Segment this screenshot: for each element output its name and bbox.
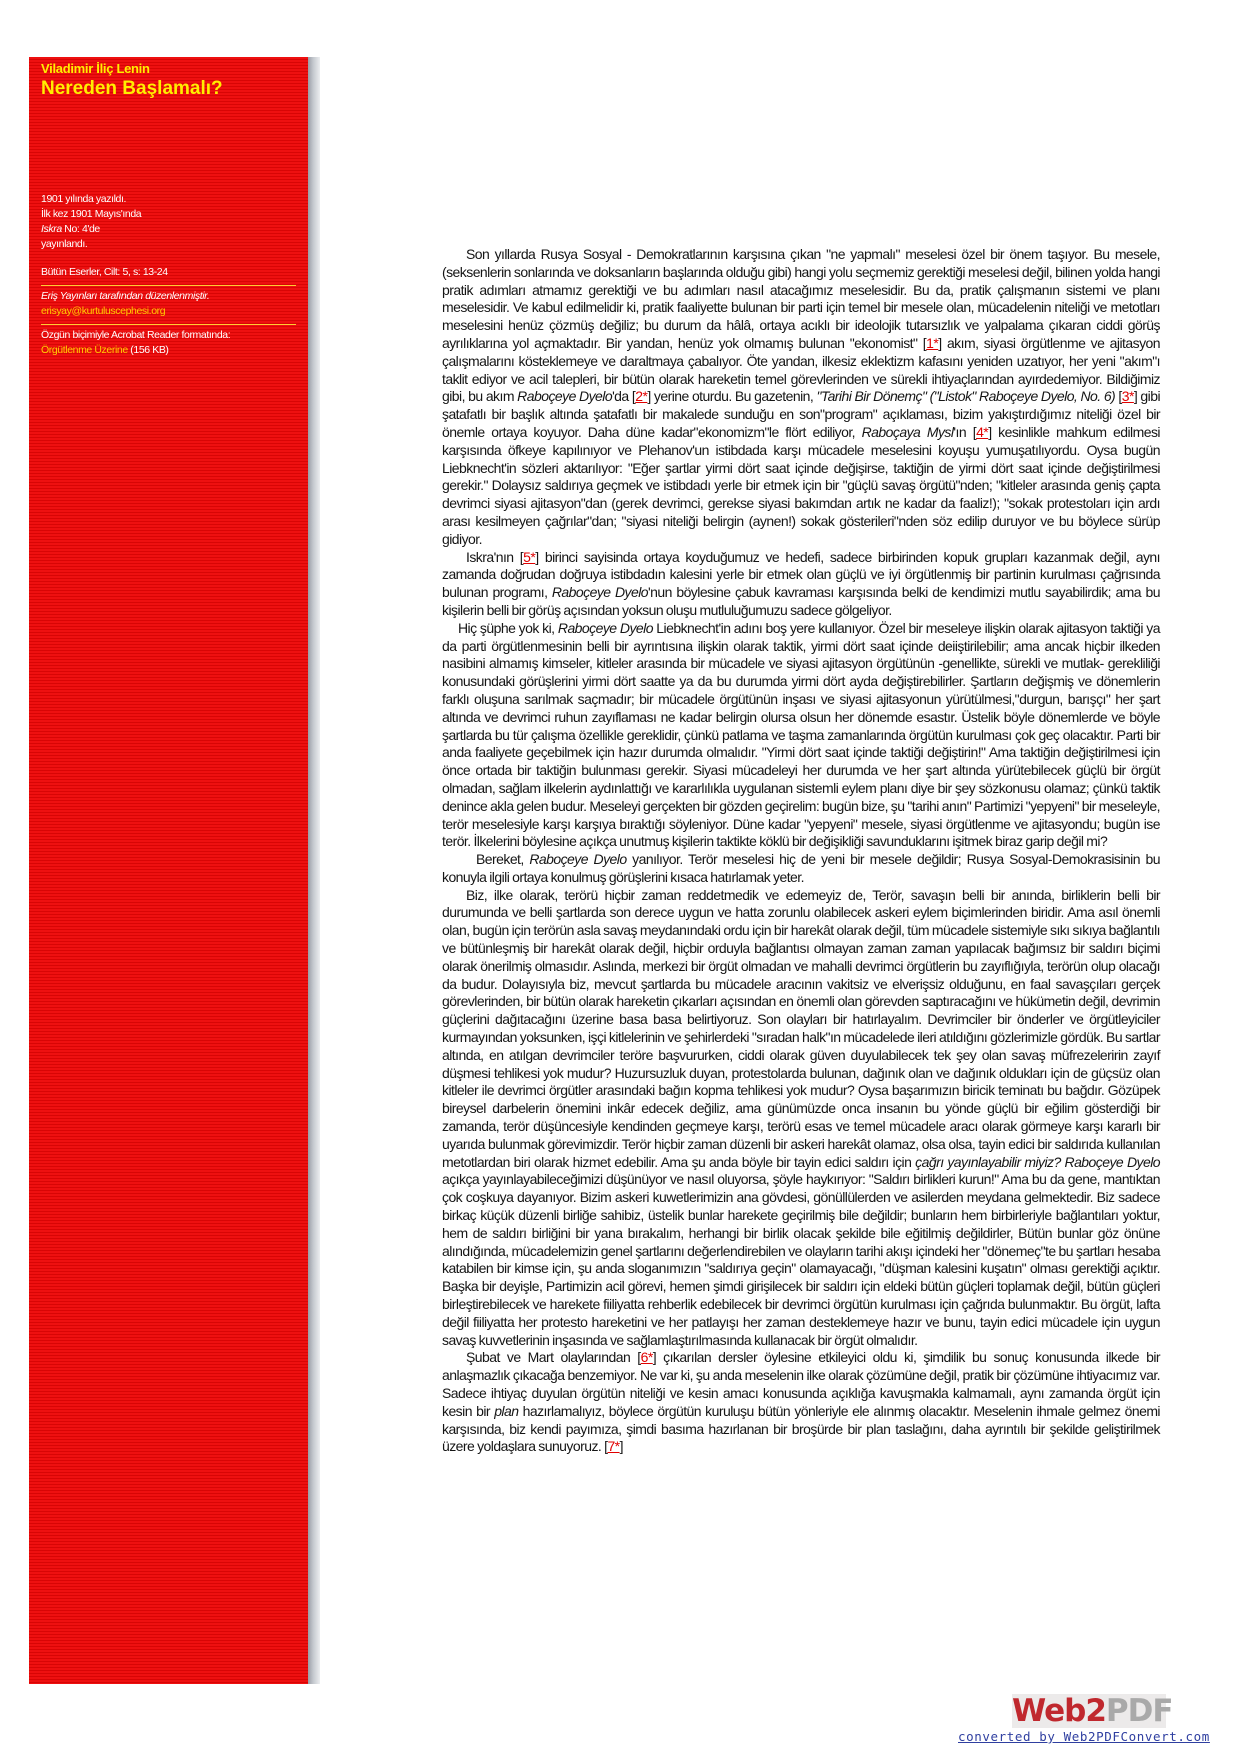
pdf-file-size: (156 KB): [128, 344, 169, 356]
publication-info: 1901 yılında yazıldı. İlk kez 1901 Mayıs…: [41, 192, 296, 252]
iskra-number: No: 4'de: [62, 223, 100, 235]
text-run: Bereket,: [476, 851, 529, 867]
footnote-link[interactable]: 3*: [1122, 388, 1134, 404]
document-title: Nereden Başlamalı?: [41, 78, 296, 100]
article-paragraph: Son yıllarda Rusya Sosyal - Demokratları…: [442, 246, 1160, 549]
text-run: açıkça yayınlayabileceğimizi düşünüyor v…: [442, 1171, 1160, 1347]
divider: [41, 324, 296, 325]
web2pdf-convert-link[interactable]: converted by Web2PDFConvert.com: [958, 1729, 1210, 1744]
article-body: Son yıllarda Rusya Sosyal - Demokratları…: [442, 246, 1160, 1456]
text-run: Iskra'nın: [466, 549, 520, 565]
article-paragraph: Şubat ve Mart olaylarından [6*] çıkarıla…: [442, 1349, 1160, 1456]
sidebar-shadow: [308, 57, 320, 1684]
editor-email-link[interactable]: erisyay@kurtuluscephesi.org: [41, 304, 296, 322]
text-run: Hiç şüphe yok ki,: [458, 620, 558, 636]
text-run: 'da: [612, 388, 632, 404]
italic-title: Raboçaya Mysl: [862, 424, 954, 440]
italic-title: plan: [494, 1403, 518, 1419]
footnote-link[interactable]: 4*: [976, 424, 988, 440]
footnote-link[interactable]: 6*: [641, 1349, 653, 1365]
author-name: Viladimir İliç Lenin: [41, 61, 296, 77]
pdf-download-info: Özgün biçimiyle Acrobat Reader formatınd…: [41, 328, 296, 358]
article-paragraph: Bereket, Raboçeye Dyelo yanılıyor. Terör…: [442, 851, 1160, 887]
web2pdf-logo[interactable]: Web2PDF: [1012, 1694, 1166, 1728]
iskra-name: Iskra: [41, 223, 62, 235]
logo-2: 2: [1085, 1693, 1106, 1729]
italic-title: Raboçeye Dyelo: [517, 388, 612, 404]
logo-pdf: PDF: [1106, 1693, 1173, 1729]
footnote-link[interactable]: 5*: [523, 549, 535, 565]
italic-title: "Tarihi Bir Dönemç" ("Listok" Raboçeye D…: [816, 388, 1115, 404]
logo-web: Web: [1012, 1693, 1085, 1729]
divider: [41, 285, 296, 286]
article-paragraph: Iskra'nın [5*] birinci sayisinda ortaya …: [442, 549, 1160, 620]
first-published: İlk kez 1901 Mayıs'ında: [41, 207, 296, 222]
footnote-link[interactable]: 1*: [926, 335, 938, 351]
published-label: yayınlandı.: [41, 237, 296, 252]
text-run: 'ın: [953, 424, 972, 440]
footnote-link[interactable]: 7*: [607, 1438, 619, 1454]
text-run: yerine oturdu. Bu gazetenin,: [651, 388, 817, 404]
article-paragraph: Biz, ilke olarak, terörü hiçbir zaman re…: [442, 887, 1160, 1350]
italic-title: Raboçeye Dyelo: [529, 851, 626, 867]
footnote-link[interactable]: 2*: [635, 388, 647, 404]
text-run: Şubat ve Mart olaylarından: [466, 1349, 637, 1365]
written-year: 1901 yılında yazıldı.: [41, 192, 296, 207]
italic-title: Raboçeye Dyelo: [552, 584, 648, 600]
editor-credit: Eriş Yayınları tarafından düzenlenmiştir…: [41, 289, 296, 304]
collected-works-ref: Bütün Eserler, Cilt: 5, s: 13-24: [41, 265, 296, 283]
text-run: kesinlikle mahkum edilmesi karşısında öf…: [442, 424, 1160, 547]
article-paragraph: Hiç şüphe yok ki, Raboçeye Dyelo Liebkne…: [442, 620, 1160, 851]
iskra-issue: Iskra No: 4'de: [41, 222, 296, 237]
italic-title: Raboçeye Dyelo: [558, 620, 653, 636]
pdf-intro: Özgün biçimiyle Acrobat Reader formatınd…: [41, 328, 296, 343]
italic-title: çağrı yayınlayabilir miyiz? Raboçeye Dye…: [915, 1154, 1160, 1170]
pdf-download-link[interactable]: Örgütlenme Üzerine: [41, 344, 128, 356]
text-run: Liebknecht'in adını boş yere kullanıyor.…: [442, 620, 1160, 850]
text-run: hazırlamalıyız, böylece örgütün kuruluşu…: [442, 1403, 1160, 1455]
text-run: Biz, ilke olarak, terörü hiçbir zaman re…: [442, 887, 1160, 1170]
sidebar-panel: Viladimir İliç Lenin Nereden Başlamalı? …: [29, 57, 308, 1684]
